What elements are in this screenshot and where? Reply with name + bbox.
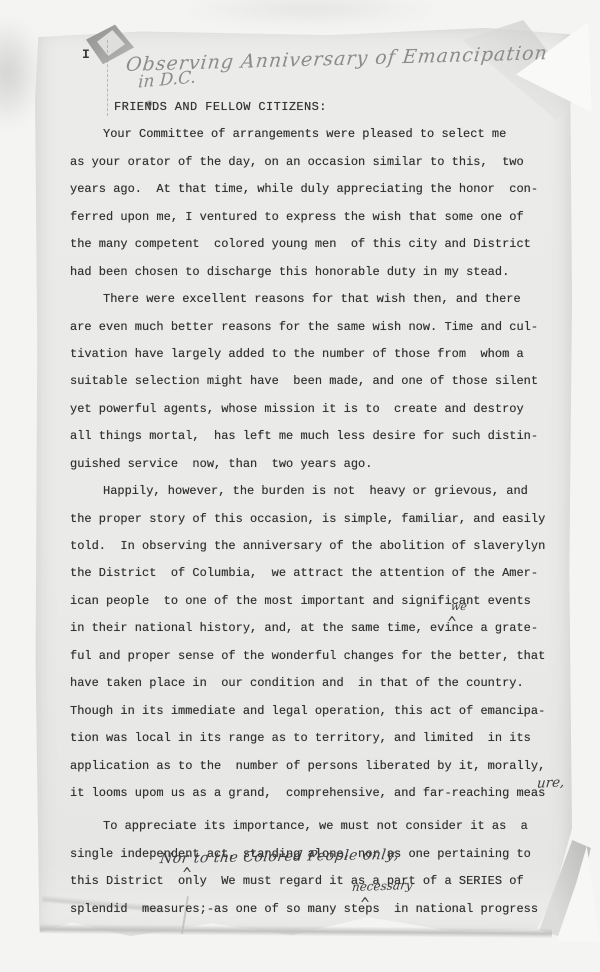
typed-line: To appreciate its importance, we must no… bbox=[70, 813, 556, 840]
typed-line: all things mortal, has left me much less… bbox=[70, 423, 556, 450]
typed-line: yet powerful agents, whose mission it is… bbox=[70, 396, 556, 423]
typed-line: tivation have largely added to the numbe… bbox=[70, 341, 556, 368]
typed-line: splendid measures;-as one of so many ste… bbox=[70, 896, 556, 923]
background-smudge bbox=[180, 0, 440, 26]
document-scan: I Observing Anniversary of Emancipation … bbox=[0, 0, 600, 972]
typed-line: ful and proper sense of the wonderful ch… bbox=[70, 643, 556, 670]
typed-line: in their national history, and, at the s… bbox=[70, 615, 556, 642]
caret-mark: ^ bbox=[447, 613, 457, 634]
typed-line: tion was local in its range as to territ… bbox=[70, 725, 556, 752]
caret-mark: ^ bbox=[182, 864, 192, 885]
typed-line: suitable selection might have been made,… bbox=[70, 368, 556, 395]
handwritten-word-ending: ure, bbox=[536, 774, 565, 792]
typed-line: There were excellent reasons for that wi… bbox=[70, 286, 556, 313]
handwritten-insertion-necessary: necessary bbox=[351, 878, 413, 894]
handwritten-insertion-we: we bbox=[450, 600, 468, 613]
typed-line: had been chosen to discharge this honora… bbox=[70, 259, 556, 286]
typed-line: ican people to one of the most important… bbox=[70, 588, 556, 615]
typed-line: years ago. At that time, while duly appr… bbox=[70, 176, 556, 203]
typed-line: have taken place in our condition and in… bbox=[70, 670, 556, 697]
typed-line: this District only We must regard it as … bbox=[70, 868, 556, 895]
typed-line: ferred upon me, I ventured to express th… bbox=[70, 204, 556, 231]
caret-mark: ^ bbox=[360, 894, 370, 915]
typed-line: the proper story of this occasion, is si… bbox=[70, 506, 556, 533]
salutation-line: FRIENDS AND FELLOW CITIZENS: bbox=[70, 94, 556, 121]
typed-line: Your Committee of arrangements were plea… bbox=[70, 121, 556, 148]
page-number: I bbox=[82, 47, 90, 62]
typed-text-block: FRIENDS AND FELLOW CITIZENS: Your Commit… bbox=[70, 94, 556, 923]
typed-line: as your orator of the day, on an occasio… bbox=[70, 149, 556, 176]
typed-line: told. In observing the anniversary of th… bbox=[70, 533, 556, 560]
typed-line: the District of Columbia, we attract the… bbox=[70, 560, 556, 587]
typed-line: application as to the number of persons … bbox=[70, 753, 556, 780]
typed-line: Though in its immediate and legal operat… bbox=[70, 698, 556, 725]
typed-line: Happily, however, the burden is not heav… bbox=[70, 478, 556, 505]
typed-line: the many competent colored young men of … bbox=[70, 231, 556, 258]
typed-line: guished service now, than two years ago. bbox=[70, 451, 556, 478]
typed-line: it looms upom us as a grand, comprehensi… bbox=[70, 780, 556, 807]
typed-line: are even much better reasons for the sam… bbox=[70, 314, 556, 341]
